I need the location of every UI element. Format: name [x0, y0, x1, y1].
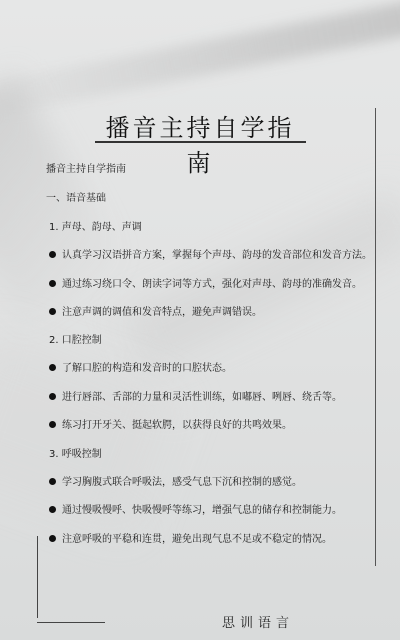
subsection-heading: 1. 声母、韵母、声调	[49, 221, 142, 235]
section-heading: 一、语音基础	[46, 192, 106, 206]
list-item: 通过慢吸慢呼、快吸慢呼等练习，增强气息的储存和控制能力。	[49, 504, 342, 518]
background-shadow	[0, 0, 400, 125]
list-item: 认真学习汉语拼音方案，掌握每个声母、韵母的发音部位和发音方法。	[49, 249, 372, 263]
footer-brand: 思训语言	[222, 612, 294, 631]
list-item: 进行唇部、舌部的力量和灵活性训练，如嘟唇、咧唇、绕舌等。	[49, 391, 342, 405]
list-item: 注意呼吸的平稳和连贯，避免出现气息不足或不稳定的情况。	[49, 533, 332, 547]
decorative-left-line	[37, 536, 38, 618]
document-subtitle: 播音主持自学指南	[46, 163, 126, 177]
subsection-heading: 2. 口腔控制	[49, 334, 102, 348]
list-item: 通过练习绕口令、朗读字词等方式，强化对声母、韵母的准确发音。	[49, 278, 362, 292]
bullet-icon	[49, 478, 56, 485]
bullet-icon	[49, 506, 56, 513]
bullet-icon	[49, 421, 56, 428]
title-underline	[95, 141, 306, 143]
bullet-icon	[49, 364, 56, 371]
decorative-bottom-line	[37, 622, 105, 623]
list-item: 学习胸腹式联合呼吸法，感受气息下沉和控制的感觉。	[49, 476, 302, 490]
page-title: 播音主持自学指南	[95, 108, 305, 178]
bullet-icon	[49, 280, 56, 287]
list-item: 练习打开牙关、挺起软腭，以获得良好的共鸣效果。	[49, 419, 292, 433]
bullet-icon	[49, 251, 56, 258]
list-item: 注意声调的调值和发音特点，避免声调错误。	[49, 306, 262, 320]
bullet-icon	[49, 393, 56, 400]
subsection-heading: 3. 呼吸控制	[49, 448, 102, 462]
bullet-icon	[49, 308, 56, 315]
bullet-icon	[49, 535, 56, 542]
decorative-right-line	[375, 108, 376, 566]
list-item: 了解口腔的构造和发音时的口腔状态。	[49, 362, 232, 376]
